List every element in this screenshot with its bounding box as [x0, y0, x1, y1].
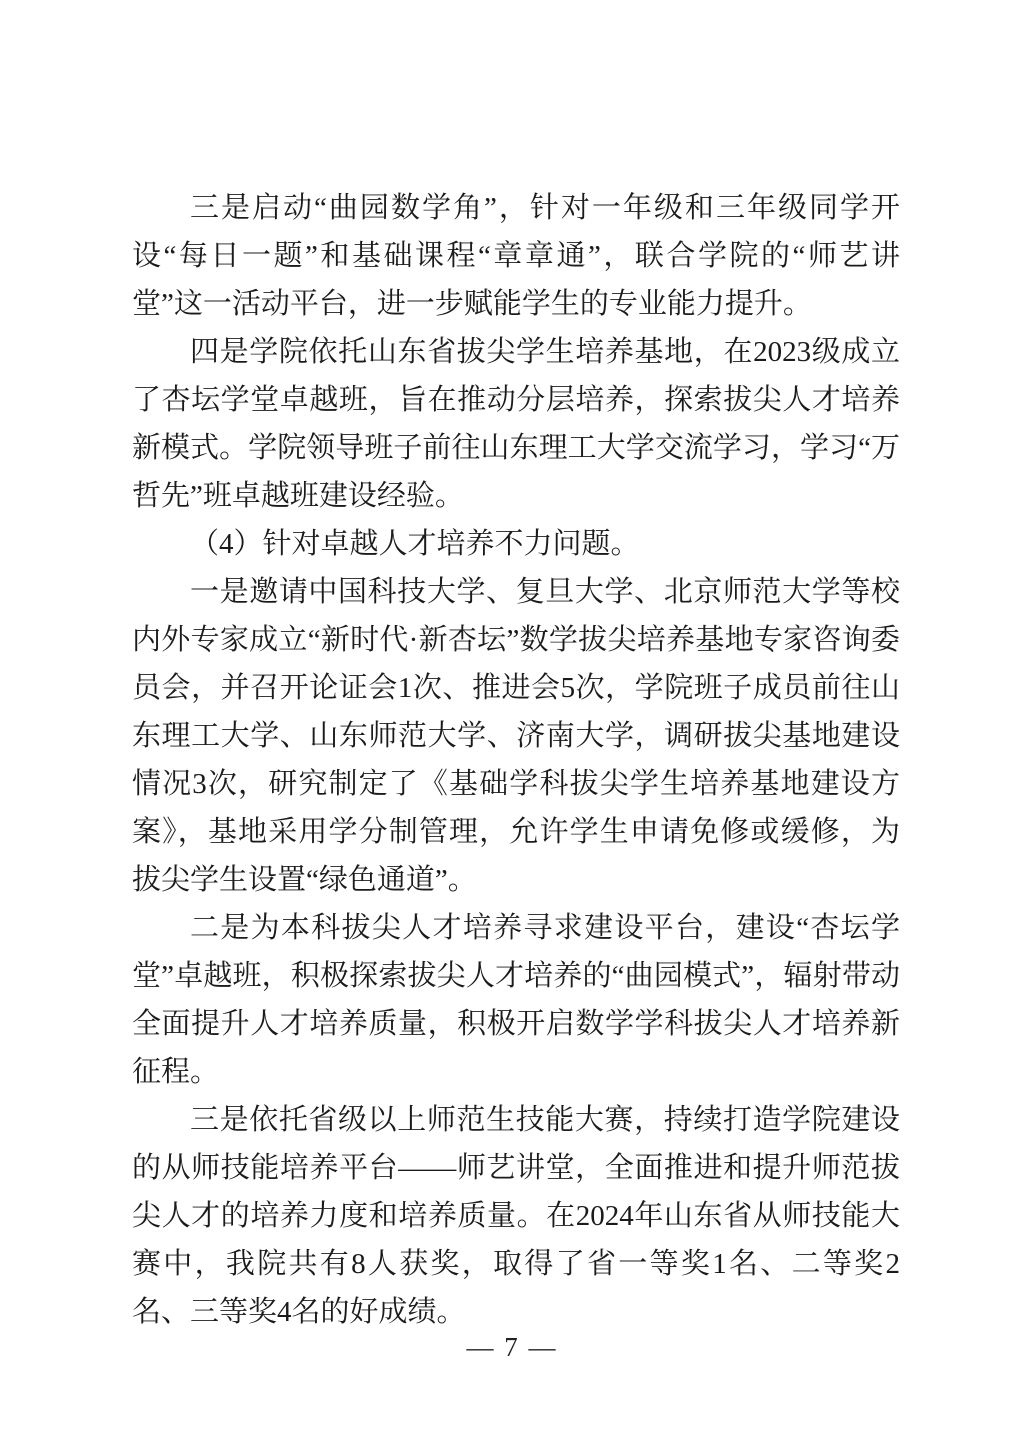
page-footer: — 7 — — [0, 1332, 1024, 1363]
paragraph-1: 三是启动“曲园数学角”，针对一年级和三年级同学开设“每日一题”和基础课程“章章通… — [132, 184, 900, 328]
paragraph-4: 一是邀请中国科技大学、复旦大学、北京师范大学等校内外专家成立“新时代·新杏坛”数… — [132, 568, 900, 904]
document-page: 三是启动“曲园数学角”，针对一年级和三年级同学开设“每日一题”和基础课程“章章通… — [0, 0, 1024, 1448]
paragraph-6: 三是依托省级以上师范生技能大赛，持续打造学院建设的从师技能培养平台——师艺讲堂，… — [132, 1096, 900, 1336]
paragraph-3-heading: （4）针对卓越人才培养不力问题。 — [132, 520, 900, 568]
document-body: 三是启动“曲园数学角”，针对一年级和三年级同学开设“每日一题”和基础课程“章章通… — [132, 184, 900, 1336]
page-number: — 7 — — [467, 1332, 558, 1362]
paragraph-2: 四是学院依托山东省拔尖学生培养基地，在2023级成立了杏坛学堂卓越班，旨在推动分… — [132, 328, 900, 520]
paragraph-5: 二是为本科拔尖人才培养寻求建设平台，建设“杏坛学堂”卓越班，积极探索拔尖人才培养… — [132, 904, 900, 1096]
